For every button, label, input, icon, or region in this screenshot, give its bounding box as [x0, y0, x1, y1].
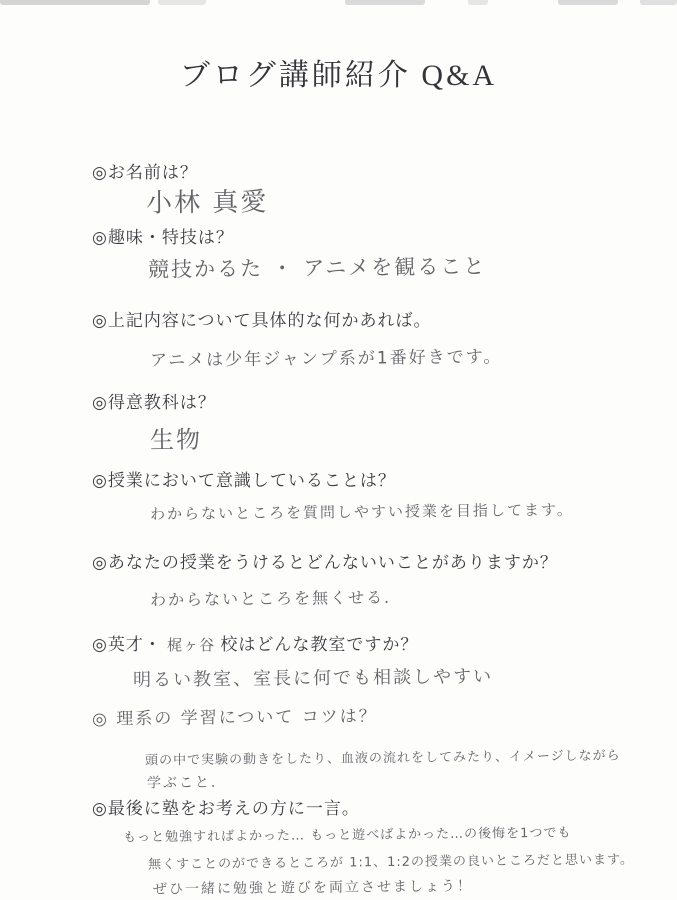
- question-classroom-school-handwritten: 梶ヶ谷: [167, 636, 215, 654]
- question-name: ◎お名前は？: [92, 158, 198, 183]
- answer-hobby: 競技かるた ・ アニメを観ること: [148, 250, 487, 284]
- scan-smudge: [158, 0, 206, 5]
- answer-subject: 生物: [150, 420, 202, 456]
- answer-final-message-line3: ぜひ一緒に勉強と遊びを両立させましょう！: [153, 875, 473, 898]
- question-science-tips-handwritten: ◎ 理系の 学習について コツは？: [92, 702, 378, 730]
- scan-smudge: [558, 0, 618, 5]
- answer-science-tips-line1: 頭の中で実験の動きをしたり、血液の流れをしてみたり、イメージしながら: [145, 745, 621, 769]
- question-classroom-prefix: ◎英才・: [92, 635, 162, 654]
- answer-details: アニメは少年ジャンプ系が1番好きです。: [150, 342, 503, 371]
- scan-smudge: [640, 0, 677, 5]
- answer-teaching-focus: わからないところを質問しやすい授業を目指してます。: [150, 499, 574, 524]
- answer-final-message-line1: もっと勉強すればよかった… もっと遊べばよかった…の後悔を1つでも: [123, 822, 572, 846]
- question-classroom-suffix: 校はどんな教室ですか？: [220, 635, 418, 654]
- question-teaching-focus: ◎授業において意識していることは？: [92, 466, 396, 491]
- scan-smudge: [468, 0, 488, 5]
- question-classroom: ◎英才・ 梶ヶ谷 校はどんな教室ですか？: [92, 630, 418, 655]
- answer-name: 小林 真愛: [146, 181, 269, 219]
- answer-final-message-line2: 無くすことのができるところが 1:1、1:2の授業の良いところだと思います。: [148, 848, 634, 872]
- scan-smudge: [345, 0, 425, 5]
- answer-science-tips-line2: 学ぶこと．: [147, 772, 227, 793]
- scan-smudge: [0, 0, 150, 5]
- scanned-questionnaire-page: ブログ講師紹介 Q&A ◎お名前は？ 小林 真愛 ◎趣味・特技は？ 競技かるた …: [0, 0, 677, 900]
- question-hobby: ◎趣味・特技は？: [92, 223, 234, 248]
- question-details: ◎上記内容について具体的な何かあれば。: [92, 306, 432, 331]
- answer-classroom: 明るい教室、室長に何でも相談しやすい: [133, 662, 493, 692]
- answer-lesson-benefit: わからないところを無くせる．: [150, 585, 402, 611]
- question-final-message: ◎最後に塾をお考えの方に一言。: [92, 794, 360, 819]
- page-title: ブログ講師紹介 Q&A: [0, 50, 677, 94]
- question-subject: ◎得意教科は？: [92, 388, 216, 413]
- question-lesson-benefit: ◎あなたの授業をうけるとどんないいことがありますか？: [92, 548, 558, 573]
